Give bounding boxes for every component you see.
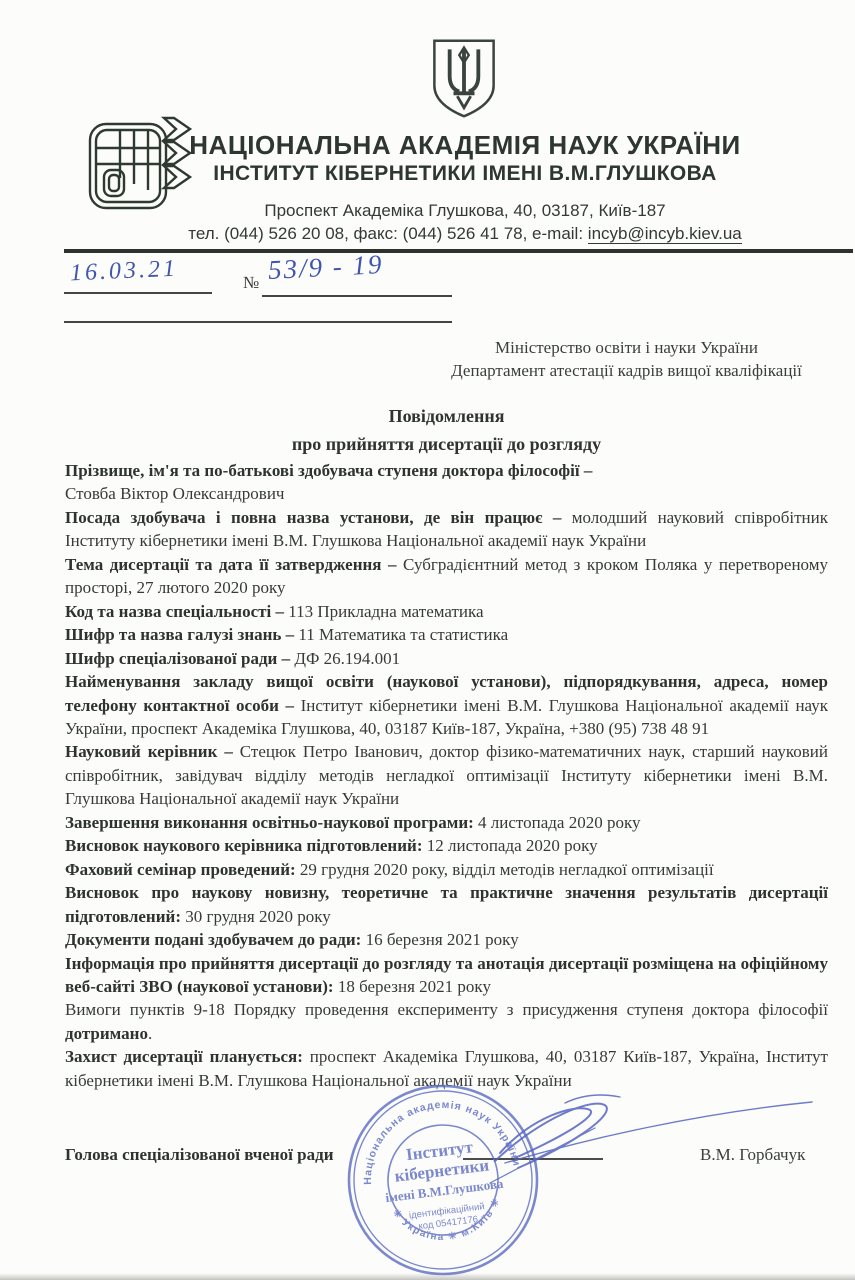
number-underline bbox=[262, 295, 452, 297]
field-label: Фаховий семінар проведений: bbox=[65, 860, 300, 879]
title-line1: Повідомлення bbox=[65, 402, 828, 430]
field-label: дотримано bbox=[65, 1024, 148, 1043]
scanned-letter-page: НАЦІОНАЛЬНА АКАДЕМІЯ НАУК УКРАЇНИ ІНСТИТ… bbox=[0, 0, 855, 1280]
field-value: 18 березня 2021 року bbox=[338, 977, 491, 996]
contacts-text: тел. (044) 526 20 08, факс: (044) 526 41… bbox=[188, 224, 588, 243]
field-value: 4 листопада 2020 року bbox=[478, 813, 640, 832]
recipient-block: Міністерство освіти і науки України Депа… bbox=[408, 337, 845, 382]
field-label: Висновок наукового керівника підготовлен… bbox=[65, 836, 427, 855]
number-sign: № bbox=[243, 273, 259, 293]
letterhead-divider bbox=[64, 249, 853, 253]
body-paragraph: Вимоги пунктів 9-18 Порядку проведення е… bbox=[65, 998, 828, 1045]
body-paragraph: Посада здобувача і повна назва установи,… bbox=[65, 506, 828, 553]
body-paragraph: Документи подані здобувачем до ради: 16 … bbox=[65, 928, 828, 951]
field-label: Прізвище, ім'я та по-батькові здобувача … bbox=[65, 461, 592, 480]
body-paragraph: Прізвище, ім'я та по-батькові здобувача … bbox=[65, 459, 828, 482]
recipient-line1: Міністерство освіти і науки України bbox=[408, 337, 845, 360]
field-value: . bbox=[148, 1024, 152, 1043]
body-paragraph: Висновок про наукову новизну, теоретичне… bbox=[65, 881, 828, 928]
field-value: 11 Математика та статистика bbox=[298, 625, 508, 644]
body-paragraph: Тема дисертації та дата її затвердження … bbox=[65, 553, 828, 600]
body-paragraph: Інформація про прийняття дисертації до р… bbox=[65, 952, 828, 999]
ukraine-trident-emblem-icon bbox=[424, 36, 504, 122]
field-label: Тема дисертації та дата її затвердження … bbox=[65, 555, 403, 574]
field-label: Посада здобувача і повна назва установи,… bbox=[65, 508, 572, 527]
body-paragraph: Фаховий семінар проведений: 29 грудня 20… bbox=[65, 858, 828, 881]
handwritten-number: 53/9 - 19 bbox=[267, 249, 384, 286]
field-label: Код та назва спеціальності – bbox=[65, 602, 288, 621]
field-value: 113 Прикладна математика bbox=[288, 602, 483, 621]
field-label: Шифр та назва галузі знань – bbox=[65, 625, 298, 644]
handwritten-date: 16.03.21 bbox=[69, 256, 178, 288]
body-paragraph: Завершення виконання освітньо-наукової п… bbox=[65, 811, 828, 834]
chairman-label: Голова спеціалізованої вченої ради bbox=[65, 1145, 334, 1165]
body-paragraph: Код та назва спеціальності – 113 Приклад… bbox=[65, 600, 828, 623]
field-value: 30 грудня 2020 року bbox=[185, 907, 331, 926]
email-link[interactable]: incyb@incyb.kiev.ua bbox=[588, 224, 742, 244]
body-paragraph: Найменування закладу вищої освіти (науко… bbox=[65, 670, 828, 740]
field-value: Стовба Віктор Олександрович bbox=[65, 484, 284, 503]
academy-name: НАЦІОНАЛЬНА АКАДЕМІЯ НАУК УКРАЇНИ bbox=[150, 130, 780, 161]
date-underline bbox=[64, 292, 212, 294]
body-paragraph: Шифр спеціалізованої ради – ДФ 26.194.00… bbox=[65, 647, 828, 670]
body-paragraph: Стовба Віктор Олександрович bbox=[65, 482, 828, 505]
field-label: Науковий керівник – bbox=[65, 742, 240, 761]
field-value: ДФ 26.194.001 bbox=[294, 649, 400, 668]
field-label: Завершення виконання освітньо-наукової п… bbox=[65, 813, 478, 832]
field-label: Шифр спеціалізованої ради – bbox=[65, 649, 294, 668]
institute-contacts: тел. (044) 526 20 08, факс: (044) 526 41… bbox=[150, 224, 780, 244]
signature-scribble-icon bbox=[470, 1083, 830, 1193]
recipient-line2: Департамент атестації кадрів вищої квалі… bbox=[408, 360, 845, 383]
body-paragraph: Науковий керівник – Стецюк Петро Іванови… bbox=[65, 740, 828, 810]
body-paragraph: Висновок наукового керівника підготовлен… bbox=[65, 834, 828, 857]
field-value: 16 березня 2021 року bbox=[366, 930, 519, 949]
document-title: Повідомлення про прийняття дисертації до… bbox=[65, 402, 828, 458]
institute-address: Проспект Академіка Глушкова, 40, 03187, … bbox=[150, 201, 780, 221]
field-label: Документи подані здобувачем до ради: bbox=[65, 930, 366, 949]
body-paragraph: Шифр та назва галузі знань – 11 Математи… bbox=[65, 623, 828, 646]
title-line2: про прийняття дисертації до розгляду bbox=[65, 430, 828, 458]
field-label: Захист дисертації планується: bbox=[65, 1047, 310, 1066]
field-label: Висновок про наукову новизну, теоретичне… bbox=[65, 883, 828, 925]
institute-name: ІНСТИТУТ КІБЕРНЕТИКИ ІМЕНІ В.М.ГЛУШКОВА bbox=[150, 162, 780, 186]
field-value: Вимоги пунктів 9-18 Порядку проведення е… bbox=[65, 1000, 828, 1019]
field-value: 29 грудня 2020 року, відділ методів негл… bbox=[300, 860, 714, 879]
blank-underline bbox=[64, 321, 452, 323]
field-value: 12 листопада 2020 року bbox=[427, 836, 598, 855]
body: Прізвище, ім'я та по-батькові здобувача … bbox=[65, 459, 828, 1092]
scan-bottom-shadow bbox=[0, 1273, 855, 1280]
